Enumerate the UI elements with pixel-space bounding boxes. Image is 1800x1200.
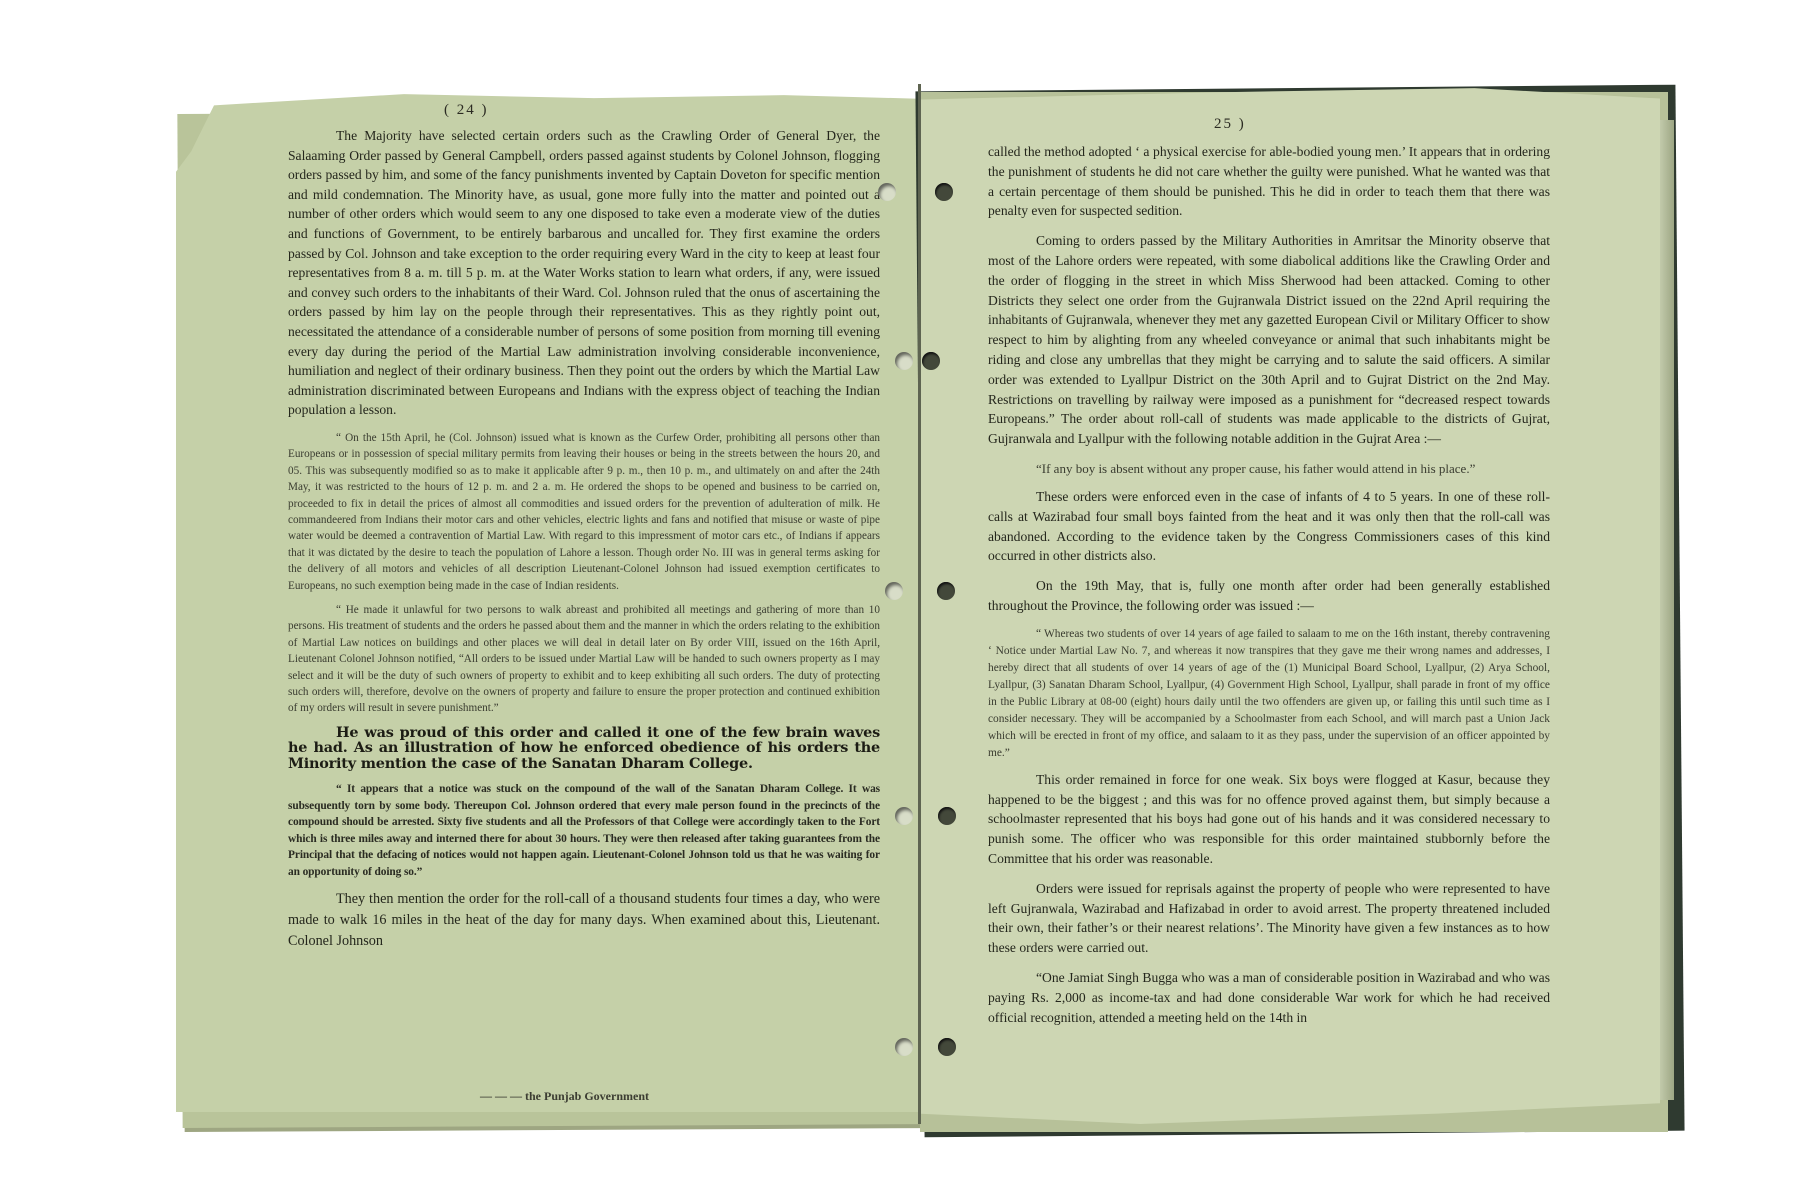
binding-hole-icon (938, 1038, 956, 1056)
curfew-order-quote: “ On the 15th April, he (Col. Johnson) i… (288, 430, 880, 594)
binding-hole-icon (878, 183, 896, 201)
left-footer-fragment: — — — the Punjab Government (480, 1089, 649, 1104)
binding-hole-icon (935, 183, 953, 201)
walking-abreast-quote: “ He made it unlawful for two persons to… (288, 602, 880, 717)
reprisals-paragraph: Orders were issued for reprisals against… (988, 879, 1550, 958)
right-page-text: called the method adopted ‘ a physical e… (988, 142, 1550, 1037)
binding-hole-icon (885, 582, 903, 600)
right-page-number: 25 ) (1214, 116, 1246, 133)
brain-waves-paragraph: He was proud of this order and called it… (288, 725, 880, 771)
physical-exercise-paragraph: called the method adopted ‘ a physical e… (988, 142, 1550, 221)
binding-hole-icon (938, 807, 956, 825)
left-page: ( 24 ) The Majority have selected certai… (176, 90, 936, 1112)
binding-hole-icon (937, 582, 955, 600)
amritsar-orders-paragraph: Coming to orders passed by the Military … (988, 231, 1550, 449)
jamiat-singh-quote: “One Jamiat Singh Bugga who was a man of… (988, 968, 1550, 1027)
page-edges (1658, 120, 1674, 1100)
right-page: 25 ) called the method adopted ‘ a physi… (918, 84, 1660, 1124)
absent-boy-quote: “If any boy is absent without any proper… (988, 459, 1550, 479)
binding-hole-icon (895, 352, 913, 370)
book-spine (918, 84, 921, 1124)
left-intro-paragraph: The Majority have selected certain order… (288, 126, 880, 420)
roll-call-paragraph: They then mention the order for the roll… (288, 889, 880, 952)
salaam-order-quote: “ Whereas two students of over 14 years … (988, 626, 1550, 762)
left-page-number: ( 24 ) (444, 102, 489, 119)
infants-paragraph: These orders were enforced even in the c… (988, 487, 1550, 566)
binding-hole-icon (895, 807, 913, 825)
kasur-flogging-paragraph: This order remained in force for one wea… (988, 770, 1550, 869)
binding-hole-icon (922, 352, 940, 370)
binding-hole-icon (895, 1038, 913, 1056)
nineteenth-may-paragraph: On the 19th May, that is, fully one mont… (988, 576, 1550, 616)
left-page-text: The Majority have selected certain order… (288, 126, 880, 962)
sanatan-dharam-quote: “ It appears that a notice was stuck on … (288, 781, 880, 881)
